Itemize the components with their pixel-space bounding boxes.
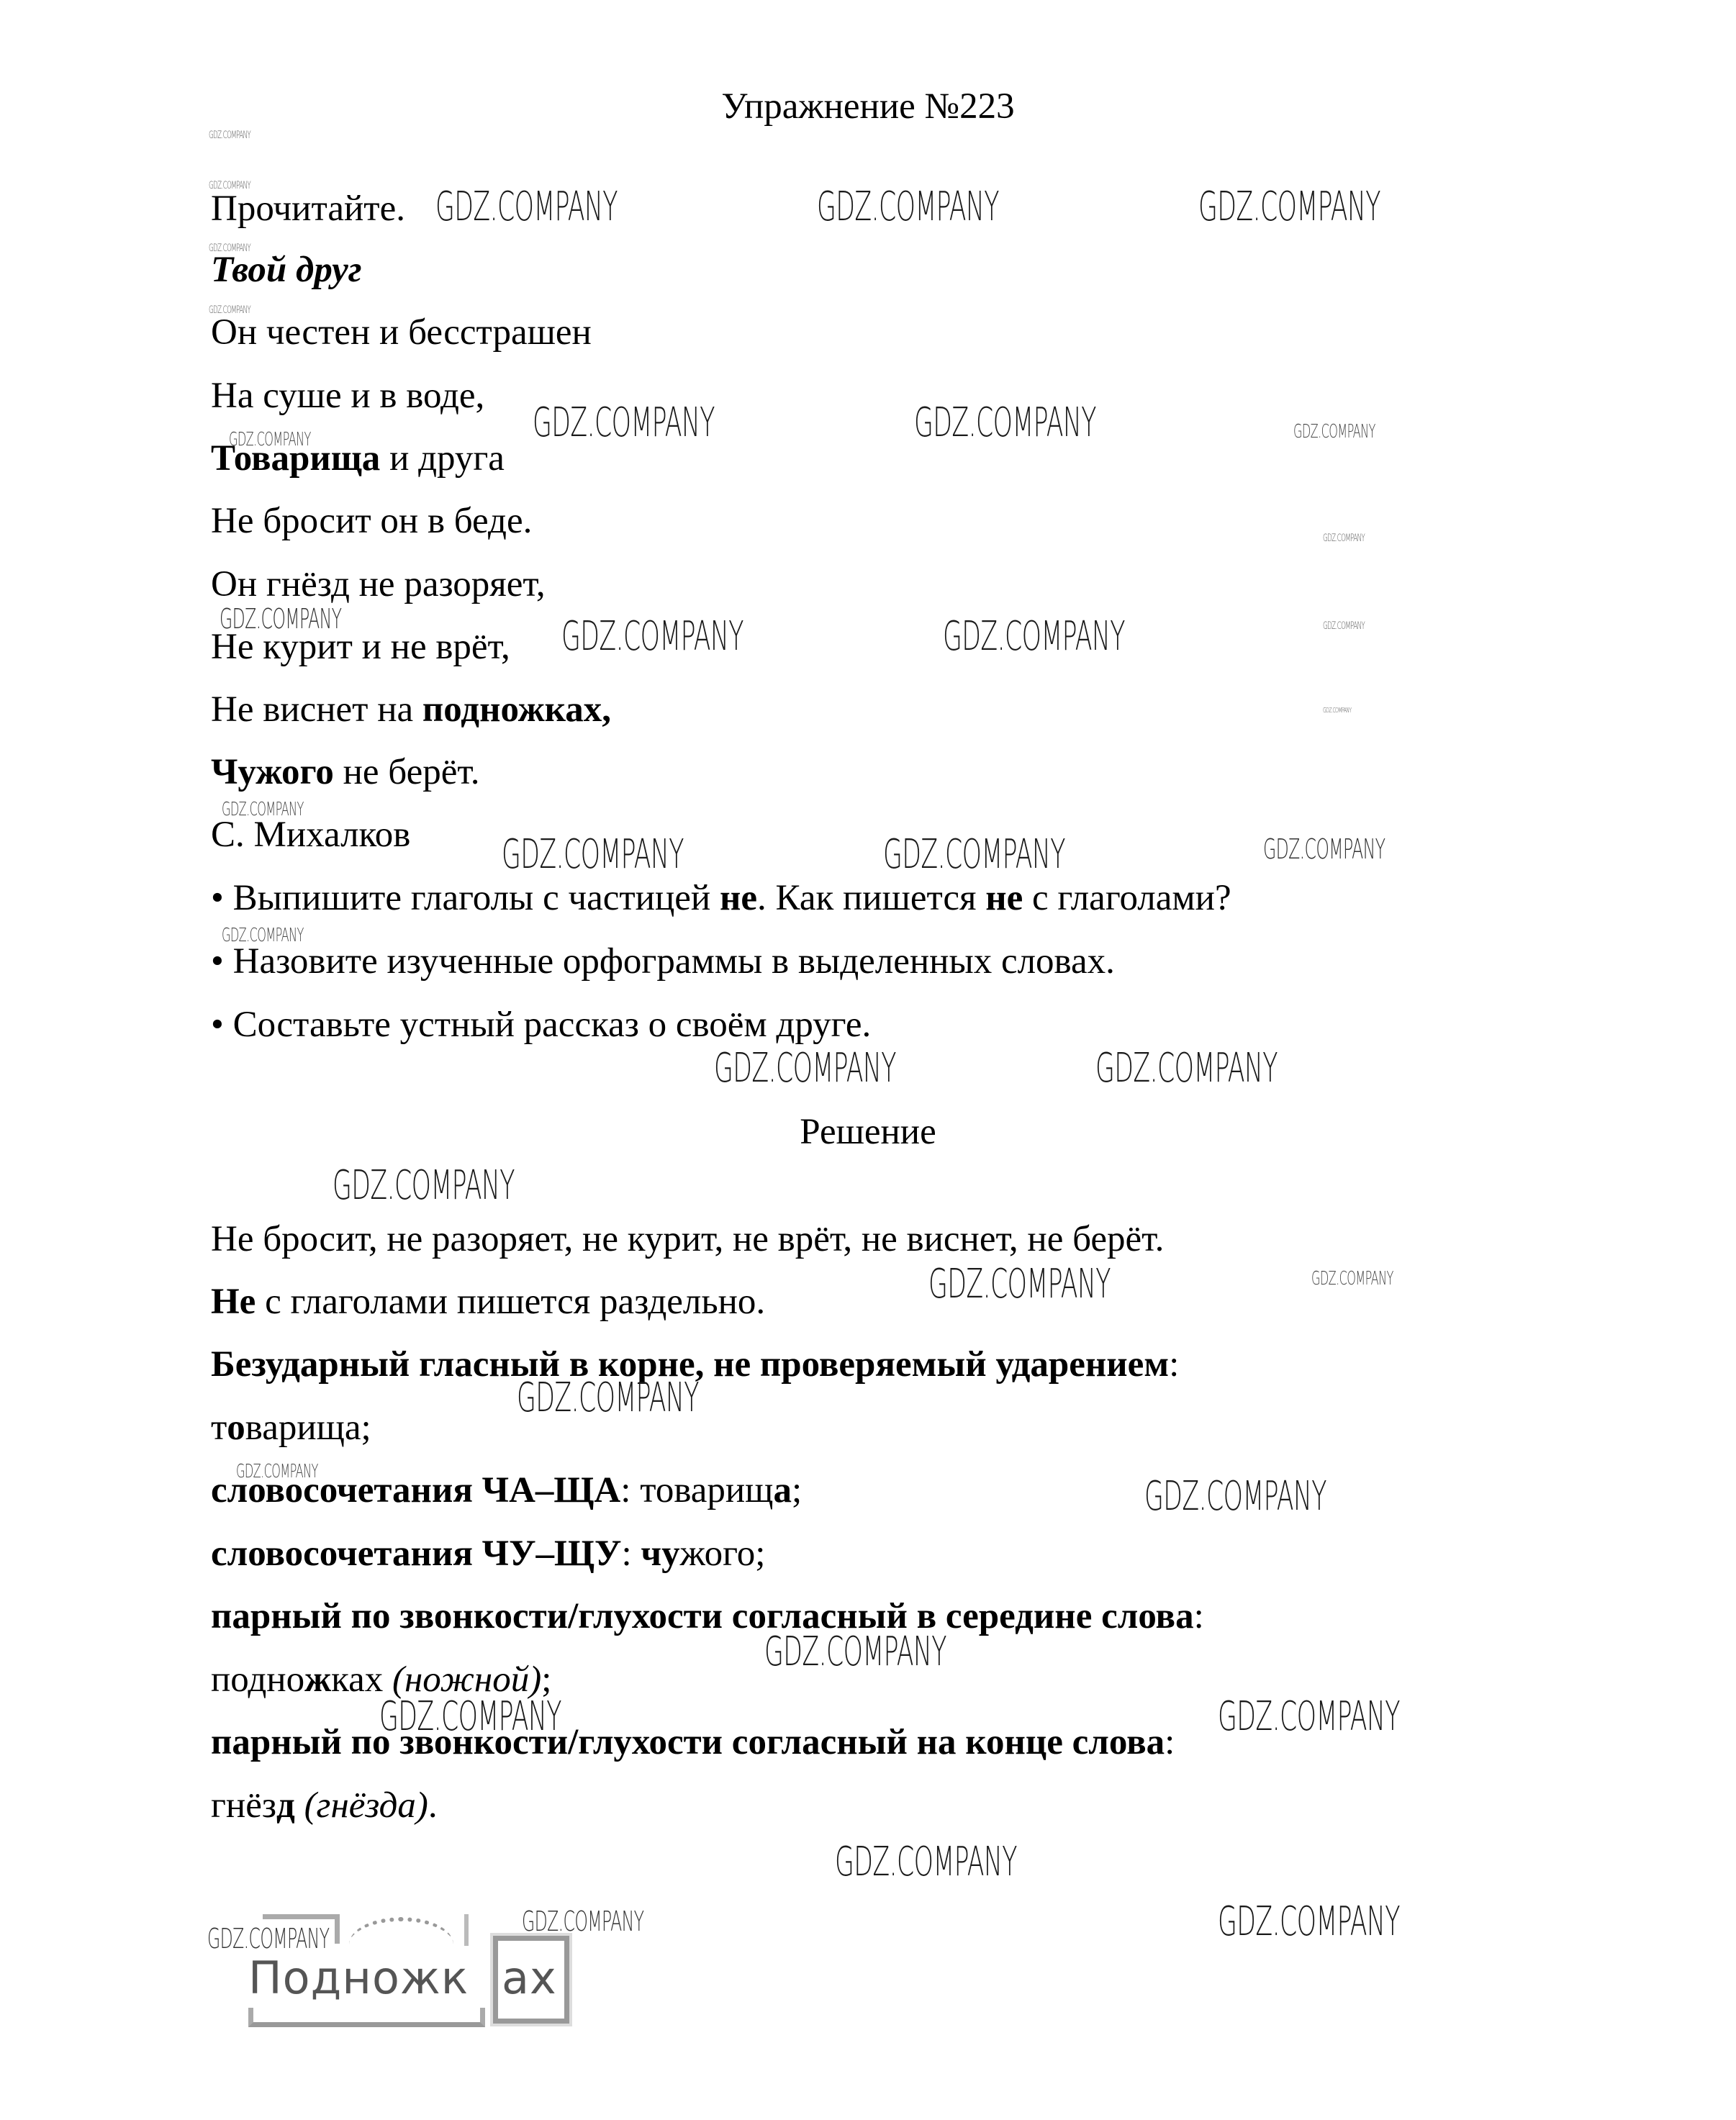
watermark: GDZ.COMPANY [207, 1923, 329, 1954]
watermark: GDZ.COMPANY [1198, 184, 1380, 230]
watermark: GDZ.COMPANY [928, 1261, 1111, 1308]
watermark: GDZ.COMPANY [209, 130, 250, 141]
watermark: GDZ.COMPANY [229, 429, 311, 450]
watermark: GDZ.COMPANY [914, 399, 1096, 446]
poem-title: Твой друг [211, 248, 362, 291]
suffix-icon [464, 1914, 469, 1946]
watermark: GDZ.COMPANY [561, 613, 743, 660]
watermark: GDZ.COMPANY [517, 1374, 699, 1421]
poem-line: Чужого не берёт. [211, 751, 480, 794]
poem-line: Не бросит он в беде. [211, 499, 532, 543]
poem-line: Не виснет на подножках, [211, 688, 611, 731]
bullet: • [211, 878, 224, 918]
watermark: GDZ.COMPANY [1263, 833, 1385, 865]
watermark: GDZ.COMPANY [1311, 1268, 1393, 1290]
answer-verbs: Не бросит, не разоряет, не курит, не врё… [211, 1218, 1164, 1261]
watermark: GDZ.COMPANY [522, 1906, 643, 1937]
orthogram-label: парный по звонкости/глухости согласный н… [211, 1721, 1175, 1764]
watermark: GDZ.COMPANY [764, 1628, 946, 1675]
exercise-title: Упражнение №223 [0, 85, 1736, 128]
watermark: GDZ.COMPANY [209, 304, 250, 316]
poem-line: Он гнёзд не разоряет, [211, 563, 546, 606]
watermark: GDZ.COMPANY [835, 1839, 1017, 1885]
answer-rule: Не с глаголами пишется раздельно. [211, 1280, 765, 1323]
watermark: GDZ.COMPANY [333, 1162, 515, 1209]
watermark: GDZ.COMPANY [236, 1461, 318, 1482]
watermark: GDZ.COMPANY [379, 1693, 561, 1740]
watermark: GDZ.COMPANY [533, 399, 715, 446]
watermark: GDZ.COMPANY [1323, 707, 1352, 715]
watermark: GDZ.COMPANY [209, 243, 250, 254]
diagram-ending: ах [502, 1952, 557, 2004]
watermark: GDZ.COMPANY [817, 184, 999, 230]
watermark: GDZ.COMPANY [943, 613, 1125, 660]
watermark: GDZ.COMPANY [209, 180, 250, 191]
watermark: GDZ.COMPANY [1095, 1045, 1278, 1092]
bullet: • [211, 1005, 224, 1045]
instruction: Прочитайте. [211, 187, 405, 230]
orthogram-row: словосочетания ЧУ–ЩУ: чужого; [211, 1532, 765, 1575]
watermark: GDZ.COMPANY [220, 603, 341, 635]
watermark: GDZ.COMPANY [1218, 1693, 1400, 1740]
task-item: • Выпишите глаголы с частицей не. Как пи… [211, 876, 1231, 920]
watermark: GDZ.COMPANY [222, 799, 304, 820]
watermark: GDZ.COMPANY [222, 925, 304, 946]
watermark: GDZ.COMPANY [1144, 1473, 1326, 1520]
solution-heading: Решение [0, 1110, 1736, 1154]
orthogram-example: товарища; [211, 1406, 371, 1449]
watermark: GDZ.COMPANY [435, 184, 618, 230]
watermark: GDZ.COMPANY [714, 1045, 896, 1092]
watermark: GDZ.COMPANY [1323, 533, 1365, 544]
orthogram-label: парный по звонкости/глухости согласный в… [211, 1595, 1204, 1638]
watermark: GDZ.COMPANY [1323, 620, 1365, 632]
poem-line: Он честен и бесстрашен [211, 311, 592, 354]
watermark: GDZ.COMPANY [883, 831, 1065, 878]
diagram-word: Подножк [248, 1952, 469, 2004]
watermark: GDZ.COMPANY [502, 831, 684, 878]
stem-underline-icon [248, 2008, 485, 2027]
bullet: • [211, 941, 224, 982]
orthogram-example: гнёзд (гнёзда). [211, 1784, 438, 1827]
poem-line: На суше и в воде, [211, 374, 484, 417]
task-item: • Составьте устный рассказ о своём друге… [211, 1003, 871, 1046]
task-item: • Назовите изученные орфограммы в выделе… [211, 940, 1115, 983]
watermark: GDZ.COMPANY [1218, 1898, 1400, 1945]
watermark: GDZ.COMPANY [1293, 421, 1375, 443]
